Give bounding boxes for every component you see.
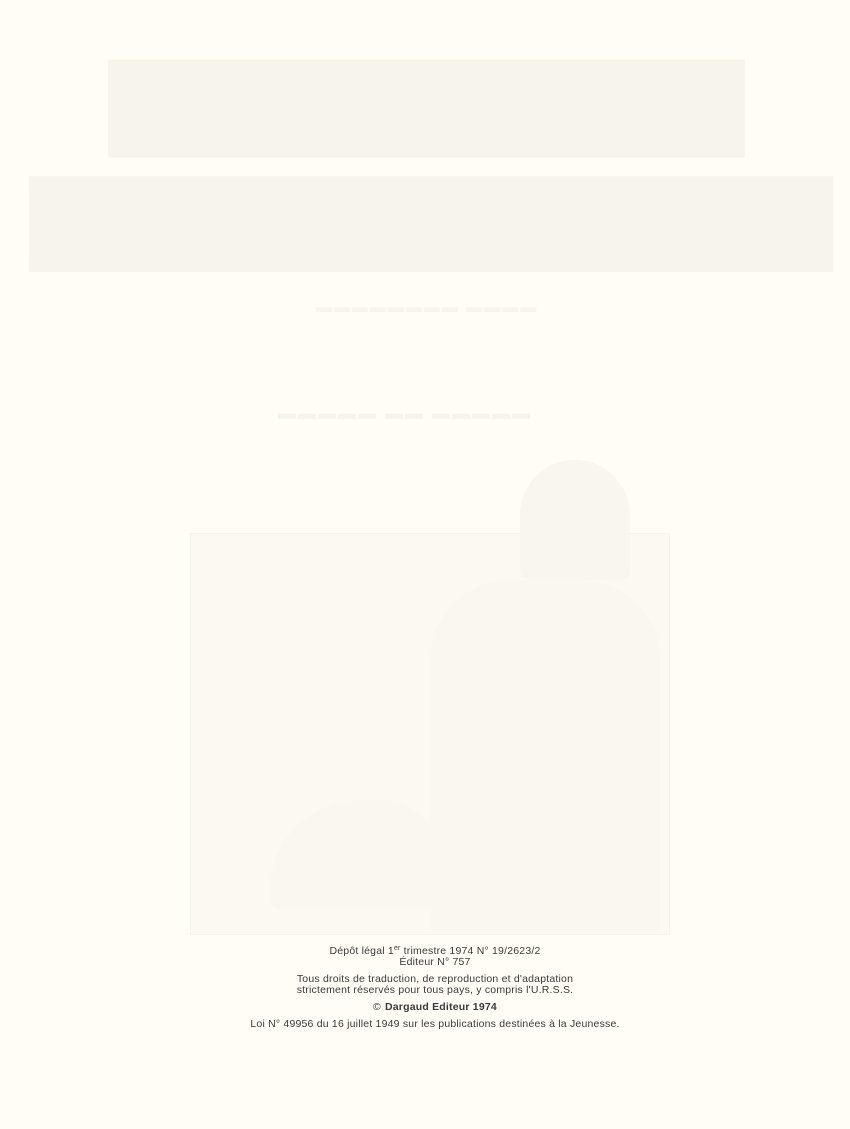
law-notice: Loi N° 49956 du 16 juillet 1949 sur les …	[250, 1019, 620, 1030]
bleed-through-figure-body	[430, 580, 660, 930]
bleed-through-title-line-1: ▇▇▇▇▇▇	[12, 52, 839, 152]
rights-line-2: strictement réservés pour tous pays, y c…	[250, 985, 620, 996]
bleed-through-author: ▬▬▬▬▬ ▬▬ ▬▬▬▬▬	[330, 402, 530, 424]
legal-deposit-prefix: Dépôt légal 1	[329, 945, 393, 957]
law-block: Loi N° 49956 du 16 juillet 1949 sur les …	[250, 1019, 620, 1030]
copyright-icon: ©	[373, 1001, 381, 1013]
book-page: ▇▇▇▇▇▇ ▇▇▇▇▇▇▇▇▇ ▬▬▬▬ ▬▬▬▬▬▬▬▬ ▬▬▬▬▬ ▬▬ …	[0, 0, 850, 1129]
copyright-block: ©Dargaud Editeur 1974	[250, 1002, 620, 1013]
publisher-number: Éditeur N° 757	[250, 957, 620, 968]
legal-deposit-block: Dépôt légal 1er trimestre 1974 N° 19/262…	[250, 946, 620, 968]
copyright-line: ©Dargaud Editeur 1974	[250, 1002, 620, 1013]
bleed-through-title-line-2: ▇▇▇▇▇▇▇▇▇	[0, 168, 850, 268]
ordinal-superscript: er	[394, 945, 401, 952]
bleed-through-subtitle: ▬▬▬▬ ▬▬▬▬▬▬▬▬	[310, 298, 540, 318]
rights-block: Tous droits de traduction, de reproducti…	[250, 974, 620, 996]
colophon: Dépôt légal 1er trimestre 1974 N° 19/262…	[250, 946, 620, 1030]
bleed-through-figure-head	[520, 460, 630, 580]
copyright-holder: Dargaud Editeur 1974	[385, 1001, 497, 1013]
